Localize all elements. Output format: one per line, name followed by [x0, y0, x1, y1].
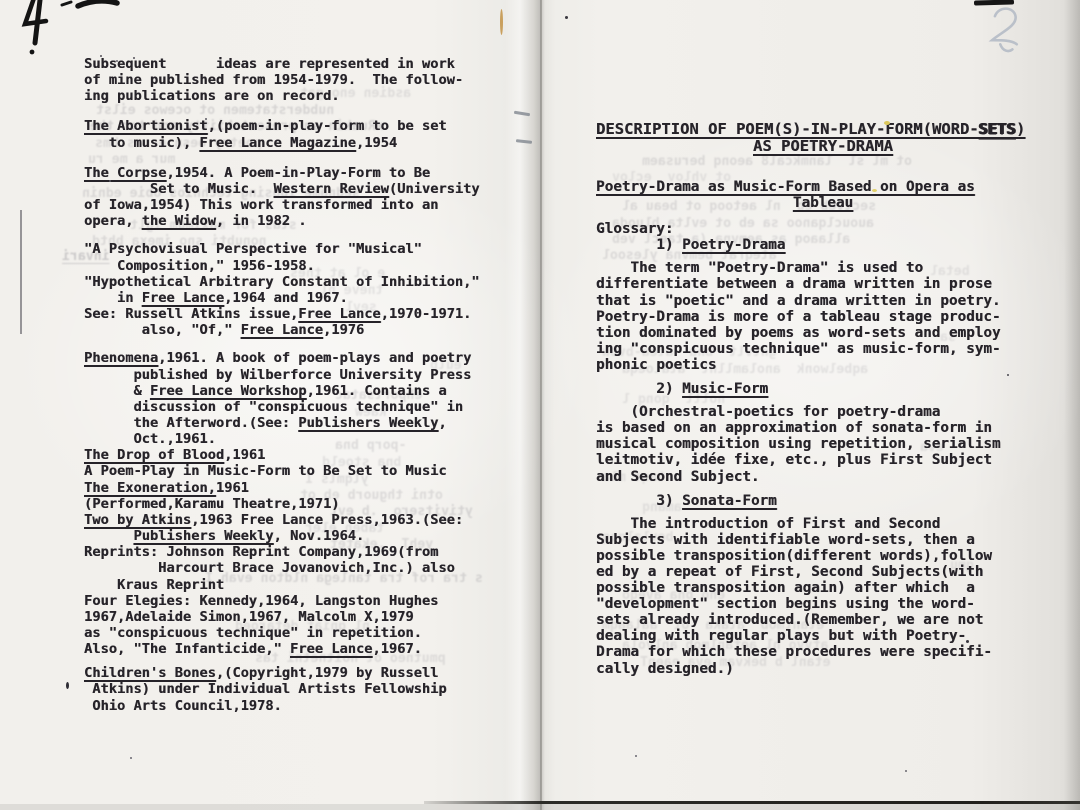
- text-line: Poetry-Drama is more of a tableau stage …: [596, 309, 1050, 325]
- text-line: "development" section begins using the w…: [596, 596, 1050, 612]
- text-line: possible transposition(different words),…: [596, 548, 1050, 564]
- text-line: The Abortionist,(poem-in-play-form to be…: [84, 118, 538, 134]
- text-line: possible transposition again) after whic…: [596, 580, 1050, 596]
- text-line: discussion of "conspicuous technique" in: [84, 399, 538, 415]
- toner-speck: [966, 640, 969, 643]
- text-line: phonic poetics: [596, 357, 1050, 373]
- toner-speck: [884, 121, 890, 125]
- text-line: 1) Poetry-Drama: [596, 237, 1050, 253]
- toner-speck: [635, 755, 637, 757]
- text-line: The introduction of First and Second: [596, 516, 1050, 532]
- handwritten-page-number-4: [10, 0, 130, 62]
- text-line: opera, the Widow, in 1982 .: [84, 213, 538, 229]
- text-line: is based on an approximation of sonata-f…: [596, 420, 1050, 436]
- text-line: Atkins) under Individual Artists Fellows…: [84, 681, 538, 697]
- text-line: and Second Subject.: [596, 469, 1050, 485]
- text-line: 2) Music-Form: [596, 381, 1050, 397]
- text-line: leitmotiv, idée fixe, etc., plus First S…: [596, 452, 1050, 468]
- toner-speck: [565, 16, 568, 19]
- text-line: The term "Poetry-Drama" is used to: [596, 260, 1050, 276]
- text-line: Kraus Reprint: [84, 577, 538, 593]
- text-line: that is "poetic" and a drama written in …: [596, 293, 1050, 309]
- text-line: Subsequent ideas are represented in work: [84, 56, 538, 72]
- text-line: in Free Lance,1964 and 1967.: [84, 290, 538, 306]
- text-line: Ohio Arts Council,1978.: [84, 698, 538, 714]
- toner-speck: [133, 57, 135, 59]
- scan-edge-shadow: [1064, 0, 1080, 810]
- text-line: Drama for which these procedures were sp…: [596, 644, 1050, 660]
- text-line: Set to Music. Western Review(University: [84, 181, 538, 197]
- text-line: Children's Bones,(Copyright,1979 by Russ…: [84, 665, 538, 681]
- text-line: the Afterword.(See: Publishers Weekly,: [84, 415, 538, 431]
- text-line: of mine published from 1954-1979. The fo…: [84, 72, 538, 88]
- toner-speck: [130, 757, 132, 759]
- text-line: Phenomena,1961. A book of poem-plays and…: [84, 350, 538, 366]
- right-page: DESCRIPTION OF POEM(S)-IN-PLAY-FORM(WORD…: [596, 121, 1050, 677]
- text-line: ing publications are on record.: [84, 88, 538, 104]
- toner-speck: [905, 770, 907, 772]
- toner-speck: [116, 60, 118, 62]
- text-line: A Poem-Play in Music-Form to Be Set to M…: [84, 463, 538, 479]
- text-line: Oct.,1961.: [84, 431, 538, 447]
- toner-speck: [1007, 374, 1009, 376]
- toner-speck: [205, 118, 207, 120]
- text-line: & Free Lance Workshop,1961. Contains a: [84, 383, 538, 399]
- text-line: AS POETRY-DRAMA: [596, 138, 1050, 155]
- text-line: ing "conspicuous technique" as music-for…: [596, 341, 1050, 357]
- text-line: The Corpse,1954. A Poem-in-Play-Form to …: [84, 165, 538, 181]
- text-line: 1967,Adelaide Simon,1967, Malcolm X,1979: [84, 609, 538, 625]
- text-line: ed by a repeat of First, Second Subjects…: [596, 564, 1050, 580]
- scan-bottom-edge: [424, 801, 1080, 804]
- left-page-text: Subsequent ideas are represented in work…: [84, 56, 538, 714]
- paper-crease: [20, 210, 22, 334]
- text-line: Glossary:: [596, 221, 1050, 237]
- scanned-document: asdien eno gatnubderstatemen ot ocewos e…: [0, 0, 1080, 810]
- text-line: Harcourt Brace Jovanovich,Inc.) also: [84, 560, 538, 576]
- text-line: also, "Of," Free Lance,1976: [84, 322, 538, 338]
- text-line: (Orchestral-poetics for poetry-drama: [596, 404, 1050, 420]
- toner-speck: [500, 9, 503, 35]
- text-line: published by Wilberforce University Pres…: [84, 367, 538, 383]
- text-line: Also, "The Infanticide," Free Lance,1967…: [84, 641, 538, 657]
- text-line: dealing with regular plays but with Poet…: [596, 628, 1050, 644]
- page-fold-edge: [540, 0, 542, 810]
- text-line: Tableau: [596, 195, 1050, 211]
- text-line: "Hypothetical Arbitrary Constant of Inhi…: [84, 274, 538, 290]
- text-line: Reprints: Johnson Reprint Company,1969(f…: [84, 544, 538, 560]
- text-line: Publishers Weekly, Nov.1964.: [84, 528, 538, 544]
- text-line: The Drop of Blood,1961: [84, 447, 538, 463]
- text-line: tion dominated by poems as word-sets and…: [596, 325, 1050, 341]
- text-line: Four Elegies: Kennedy,1964, Langston Hug…: [84, 593, 538, 609]
- text-line: The Exoneration,1961: [84, 480, 538, 496]
- text-line: to music), Free Lance Magazine,1954: [84, 135, 538, 151]
- toner-speck: [100, 55, 102, 57]
- text-line: sets already introduced.(Remember, we ar…: [596, 612, 1050, 628]
- text-line: DESCRIPTION OF POEM(S)-IN-PLAY-FORM(WORD…: [596, 121, 1050, 138]
- text-line: Subjects with identifiable word-sets, th…: [596, 532, 1050, 548]
- left-page: Subsequent ideas are represented in work…: [84, 56, 538, 714]
- right-page-text: DESCRIPTION OF POEM(S)-IN-PLAY-FORM(WORD…: [596, 121, 1050, 677]
- text-line: of Iowa,1954) This work transformed into…: [84, 197, 538, 213]
- toner-speck: [66, 682, 69, 689]
- text-line: See: Russell Atkins issue,Free Lance,197…: [84, 306, 538, 322]
- text-line: musical composition using repetition, se…: [596, 436, 1050, 452]
- scan-bottom-shadow: [0, 804, 1080, 810]
- handwritten-mark-2: [978, 0, 1040, 63]
- text-line: as "conspicuous technique" in repetition…: [84, 625, 538, 641]
- text-line: "A Psychovisual Perspective for "Musical…: [84, 241, 538, 257]
- toner-speck: [109, 180, 111, 182]
- toner-speck: [872, 189, 877, 192]
- text-line: differentiate between a drama written in…: [596, 276, 1050, 292]
- text-line: Poetry-Drama as Music-Form Based on Oper…: [596, 179, 1050, 195]
- text-line: 3) Sonata-Form: [596, 493, 1050, 509]
- text-line: cally designed.): [596, 661, 1050, 677]
- text-line: Composition," 1956-1958.: [84, 258, 538, 274]
- text-line: Two by Atkins,1963 Free Lance Press,1963…: [84, 512, 538, 528]
- text-line: (Performed,Karamu Theatre,1971): [84, 496, 538, 512]
